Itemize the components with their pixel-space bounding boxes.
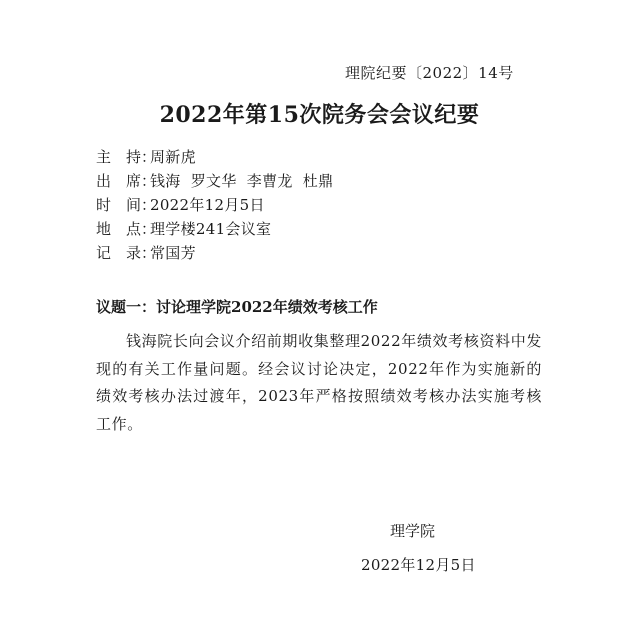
topic-heading: 议题一：讨论理学院2022年绩效考核工作 [96, 296, 378, 317]
meeting-info: 主 持： 周新虎 出 席： 钱海 罗文华 李曹龙 杜鼎 时 间： 2022年12… [96, 145, 333, 265]
meta-value-location: 理学楼241会议室 [150, 217, 271, 241]
meta-value-recorder: 常国芳 [150, 241, 196, 265]
document-title: 2022年第15次院务会会议纪要 [0, 98, 639, 129]
meta-value-time: 2022年12月5日 [150, 193, 265, 217]
signature-date: 2022年12月5日 [361, 554, 476, 575]
topic-body: 钱海院长向会议介绍前期收集整理2022年绩效考核资料中发现的有关工作量问题。经会… [96, 328, 542, 438]
meta-label: 出 席： [96, 169, 150, 193]
meta-value-attendees: 钱海 罗文华 李曹龙 杜鼎 [150, 169, 333, 193]
meta-row-recorder: 记 录： 常国芳 [96, 241, 333, 265]
meta-row-location: 地 点： 理学楼241会议室 [96, 217, 333, 241]
signature-organization: 理学院 [390, 520, 435, 541]
meta-label: 主 持： [96, 145, 150, 169]
meta-label: 时 间： [96, 193, 150, 217]
meta-row-attendees: 出 席： 钱海 罗文华 李曹龙 杜鼎 [96, 169, 333, 193]
meta-row-host: 主 持： 周新虎 [96, 145, 333, 169]
meta-value-host: 周新虎 [150, 145, 196, 169]
meta-label: 记 录： [96, 241, 150, 265]
meta-row-time: 时 间： 2022年12月5日 [96, 193, 333, 217]
meta-label: 地 点： [96, 217, 150, 241]
document-number: 理院纪要〔2022〕14号 [345, 62, 514, 83]
